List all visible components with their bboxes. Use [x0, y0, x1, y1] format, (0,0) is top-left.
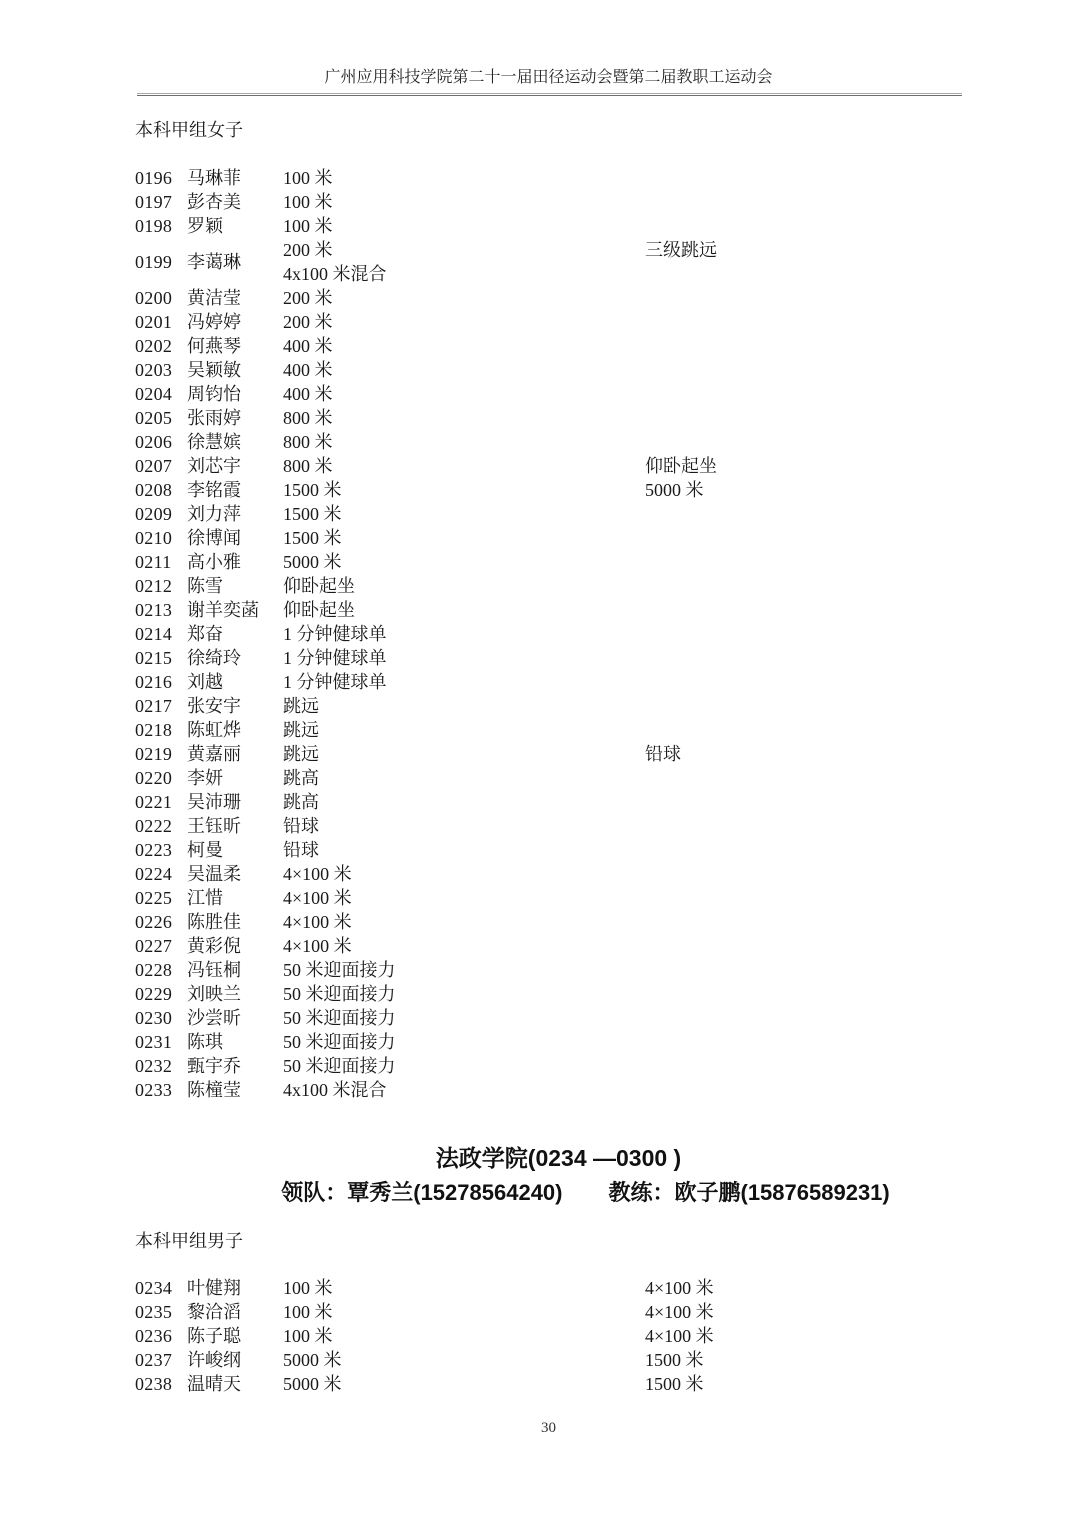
entry-number: 0232: [135, 1054, 187, 1078]
entry-number: 0214: [135, 622, 187, 646]
event-list: 1500 米: [283, 502, 645, 526]
event-list: 400 米: [283, 334, 645, 358]
athlete-name: 何燕琴: [187, 334, 283, 358]
event-name: 1500 米: [283, 502, 645, 526]
group-label-men: 本科甲组男子: [135, 1229, 243, 1253]
athlete-name: 周钧怡: [187, 382, 283, 406]
athlete-name: 李铭霞: [187, 478, 283, 502]
entry-number: 0218: [135, 718, 187, 742]
entry-number: 0204: [135, 382, 187, 406]
athlete-name: 李妍: [187, 766, 283, 790]
event-name: 400 米: [283, 334, 645, 358]
event-list: 100 米: [283, 1324, 645, 1348]
event-list: 1 分钟健球单: [283, 646, 645, 670]
event-list: 1 分钟健球单: [283, 670, 645, 694]
entry-number: 0219: [135, 742, 187, 766]
event-list: 100 米: [283, 214, 645, 238]
athlete-name: 李蔼琳: [187, 250, 283, 274]
event-list: 5000 米: [283, 1372, 645, 1396]
entry-number: 0201: [135, 310, 187, 334]
event-name: 4×100 米: [283, 934, 645, 958]
athlete-name: 张安宇: [187, 694, 283, 718]
coach-text: 教练：欧子鹏(15876589231): [609, 1180, 890, 1205]
event-list: 4×100 米: [283, 886, 645, 910]
athlete-name: 温晴天: [187, 1372, 283, 1396]
athlete-name: 陈橦莹: [187, 1078, 283, 1102]
event-name: 跳远: [283, 718, 645, 742]
event-list: 800 米: [283, 406, 645, 430]
roster-row: 0196马琳菲100 米: [135, 166, 1015, 190]
secondary-event: 4×100 米: [645, 1300, 1015, 1324]
entry-number: 0208: [135, 478, 187, 502]
event-list: 200 米: [283, 310, 645, 334]
athlete-name: 陈虹烨: [187, 718, 283, 742]
event-list: 800 米: [283, 430, 645, 454]
athlete-name: 冯钰桐: [187, 958, 283, 982]
athlete-name: 马琳菲: [187, 166, 283, 190]
event-name: 跳远: [283, 742, 645, 766]
event-name: 4x100 米混合: [283, 262, 645, 286]
athlete-name: 吴颖敏: [187, 358, 283, 382]
roster-row: 0218陈虹烨跳远: [135, 718, 1015, 742]
secondary-event: 铅球: [645, 742, 1015, 766]
event-list: 跳高: [283, 790, 645, 814]
entry-number: 0207: [135, 454, 187, 478]
entry-number: 0203: [135, 358, 187, 382]
entry-number: 0226: [135, 910, 187, 934]
entry-number: 0206: [135, 430, 187, 454]
athlete-name: 黎洽滔: [187, 1300, 283, 1324]
athlete-name: 陈胜佳: [187, 910, 283, 934]
roster-row: 0225江惜4×100 米: [135, 886, 1015, 910]
entry-number: 0234: [135, 1276, 187, 1300]
athlete-name: 吴沛珊: [187, 790, 283, 814]
event-list: 4x100 米混合: [283, 1078, 645, 1102]
event-list: 4×100 米: [283, 934, 645, 958]
entry-number: 0220: [135, 766, 187, 790]
event-list: 铅球: [283, 838, 645, 862]
event-name: 200 米: [283, 238, 645, 262]
event-list: 仰卧起坐: [283, 574, 645, 598]
secondary-event: 4×100 米: [645, 1276, 1015, 1300]
event-list: 4×100 米: [283, 910, 645, 934]
entry-number: 0197: [135, 190, 187, 214]
entry-number: 0216: [135, 670, 187, 694]
college-staff-line: 领队：覃秀兰(15278564240)教练：欧子鹏(15876589231): [172, 1179, 999, 1207]
event-list: 800 米: [283, 454, 645, 478]
entry-number: 0217: [135, 694, 187, 718]
athlete-name: 许峻纲: [187, 1348, 283, 1372]
roster-row: 0204周钧怡400 米: [135, 382, 1015, 406]
entry-number: 0235: [135, 1300, 187, 1324]
event-name: 1 分钟健球单: [283, 622, 645, 646]
entry-number: 0198: [135, 214, 187, 238]
event-name: 1500 米: [283, 478, 645, 502]
entry-number: 0221: [135, 790, 187, 814]
roster-row: 0222王钰昕铅球: [135, 814, 1015, 838]
event-name: 50 米迎面接力: [283, 1054, 645, 1078]
event-list: 50 米迎面接力: [283, 1030, 645, 1054]
roster-row: 0207刘芯宇800 米仰卧起坐: [135, 454, 1015, 478]
entry-number: 0202: [135, 334, 187, 358]
entry-number: 0230: [135, 1006, 187, 1030]
roster-row: 0228冯钰桐50 米迎面接力: [135, 958, 1015, 982]
event-name: 800 米: [283, 454, 645, 478]
roster-row: 0224吴温柔4×100 米: [135, 862, 1015, 886]
roster-row: 0211高小雅5000 米: [135, 550, 1015, 574]
athlete-name: 黄彩倪: [187, 934, 283, 958]
roster-row: 0209刘力萍1500 米: [135, 502, 1015, 526]
athlete-name: 张雨婷: [187, 406, 283, 430]
athlete-name: 柯曼: [187, 838, 283, 862]
roster-row: 0205张雨婷800 米: [135, 406, 1015, 430]
athlete-name: 刘芯宇: [187, 454, 283, 478]
event-name: 100 米: [283, 1276, 645, 1300]
men-roster: 0234叶健翔100 米4×100 米0235黎洽滔100 米4×100 米02…: [135, 1276, 1015, 1396]
roster-row: 0214郑奋1 分钟健球单: [135, 622, 1015, 646]
event-name: 4×100 米: [283, 862, 645, 886]
athlete-name: 王钰昕: [187, 814, 283, 838]
entry-number: 0238: [135, 1372, 187, 1396]
roster-row: 0212陈雪仰卧起坐: [135, 574, 1015, 598]
event-name: 50 米迎面接力: [283, 1006, 645, 1030]
secondary-event: 1500 米: [645, 1372, 1015, 1396]
event-list: 1500 米: [283, 526, 645, 550]
event-name: 100 米: [283, 1300, 645, 1324]
athlete-name: 郑奋: [187, 622, 283, 646]
entry-number: 0196: [135, 166, 187, 190]
page-header-title: 广州应用科技学院第二十一届田径运动会暨第二届教职工运动会: [135, 68, 962, 87]
roster-row: 0210徐博闻1500 米: [135, 526, 1015, 550]
event-name: 仰卧起坐: [283, 574, 645, 598]
event-name: 800 米: [283, 430, 645, 454]
entry-number: 0210: [135, 526, 187, 550]
event-list: 5000 米: [283, 550, 645, 574]
event-list: 200 米4x100 米混合: [283, 238, 645, 286]
page-number: 30: [135, 1419, 962, 1437]
event-list: 400 米: [283, 358, 645, 382]
entry-number: 0199: [135, 250, 187, 274]
roster-row: 0235黎洽滔100 米4×100 米: [135, 1300, 1015, 1324]
event-name: 200 米: [283, 310, 645, 334]
entry-number: 0229: [135, 982, 187, 1006]
event-list: 5000 米: [283, 1348, 645, 1372]
event-name: 50 米迎面接力: [283, 1030, 645, 1054]
event-name: 400 米: [283, 382, 645, 406]
entry-number: 0225: [135, 886, 187, 910]
event-list: 50 米迎面接力: [283, 1006, 645, 1030]
athlete-name: 黄洁莹: [187, 286, 283, 310]
roster-row: 0198罗颖100 米: [135, 214, 1015, 238]
event-list: 1 分钟健球单: [283, 622, 645, 646]
event-list: 400 米: [283, 382, 645, 406]
roster-row: 0238温晴天5000 米1500 米: [135, 1372, 1015, 1396]
roster-row: 0208李铭霞1500 米5000 米: [135, 478, 1015, 502]
college-heading: 法政学院(0234 —0300 ): [145, 1143, 972, 1173]
event-name: 200 米: [283, 286, 645, 310]
event-name: 100 米: [283, 190, 645, 214]
document-page: 广州应用科技学院第二十一届田径运动会暨第二届教职工运动会 本科甲组女子 0196…: [0, 0, 1080, 1515]
event-name: 1 分钟健球单: [283, 670, 645, 694]
event-name: 100 米: [283, 214, 645, 238]
roster-row: 0230沙尝昕50 米迎面接力: [135, 1006, 1015, 1030]
roster-row: 0220李妍跳高: [135, 766, 1015, 790]
athlete-name: 彭杏美: [187, 190, 283, 214]
secondary-event: 三级跳远: [645, 238, 1015, 262]
secondary-event: 1500 米: [645, 1348, 1015, 1372]
secondary-event: 仰卧起坐: [645, 454, 1015, 478]
athlete-name: 吴温柔: [187, 862, 283, 886]
entry-number: 0236: [135, 1324, 187, 1348]
athlete-name: 谢羊奕菡: [187, 598, 283, 622]
women-roster: 0196马琳菲100 米0197彭杏美100 米0198罗颖100 米0199李…: [135, 166, 1015, 1102]
athlete-name: 叶健翔: [187, 1276, 283, 1300]
event-list: 100 米: [283, 166, 645, 190]
event-name: 4x100 米混合: [283, 1078, 645, 1102]
event-name: 跳远: [283, 694, 645, 718]
athlete-name: 罗颖: [187, 214, 283, 238]
roster-row: 0226陈胜佳4×100 米: [135, 910, 1015, 934]
roster-row: 0200黄洁莹200 米: [135, 286, 1015, 310]
roster-row: 0203吴颖敏400 米: [135, 358, 1015, 382]
roster-row: 0201冯婷婷200 米: [135, 310, 1015, 334]
athlete-name: 沙尝昕: [187, 1006, 283, 1030]
event-name: 5000 米: [283, 1372, 645, 1396]
entry-number: 0213: [135, 598, 187, 622]
athlete-name: 高小雅: [187, 550, 283, 574]
roster-row: 0221吴沛珊跳高: [135, 790, 1015, 814]
event-name: 50 米迎面接力: [283, 958, 645, 982]
roster-row: 0229刘映兰50 米迎面接力: [135, 982, 1015, 1006]
event-name: 100 米: [283, 166, 645, 190]
event-list: 50 米迎面接力: [283, 958, 645, 982]
entry-number: 0223: [135, 838, 187, 862]
event-list: 跳远: [283, 742, 645, 766]
roster-row: 0231陈琪50 米迎面接力: [135, 1030, 1015, 1054]
athlete-name: 江惜: [187, 886, 283, 910]
athlete-name: 刘映兰: [187, 982, 283, 1006]
roster-row: 0237许峻纲5000 米1500 米: [135, 1348, 1015, 1372]
event-name: 50 米迎面接力: [283, 982, 645, 1006]
entry-number: 0205: [135, 406, 187, 430]
event-name: 100 米: [283, 1324, 645, 1348]
event-name: 铅球: [283, 814, 645, 838]
event-list: 50 米迎面接力: [283, 1054, 645, 1078]
athlete-name: 刘越: [187, 670, 283, 694]
event-name: 5000 米: [283, 550, 645, 574]
event-list: 100 米: [283, 1276, 645, 1300]
header-divider-line: [137, 93, 962, 96]
event-name: 400 米: [283, 358, 645, 382]
athlete-name: 陈雪: [187, 574, 283, 598]
athlete-name: 陈子聪: [187, 1324, 283, 1348]
secondary-event: 4×100 米: [645, 1324, 1015, 1348]
roster-row: 0199李蔼琳200 米4x100 米混合三级跳远: [135, 238, 1015, 286]
event-name: 4×100 米: [283, 886, 645, 910]
event-name: 1500 米: [283, 526, 645, 550]
athlete-name: 徐慧嫔: [187, 430, 283, 454]
athlete-name: 陈琪: [187, 1030, 283, 1054]
event-list: 1500 米: [283, 478, 645, 502]
event-list: 仰卧起坐: [283, 598, 645, 622]
secondary-event: 5000 米: [645, 478, 1015, 502]
event-name: 铅球: [283, 838, 645, 862]
athlete-name: 甄宇乔: [187, 1054, 283, 1078]
roster-row: 0206徐慧嫔800 米: [135, 430, 1015, 454]
event-list: 200 米: [283, 286, 645, 310]
entry-number: 0227: [135, 934, 187, 958]
roster-row: 0216刘越1 分钟健球单: [135, 670, 1015, 694]
event-name: 5000 米: [283, 1348, 645, 1372]
entry-number: 0209: [135, 502, 187, 526]
event-list: 跳远: [283, 718, 645, 742]
group-label-women: 本科甲组女子: [135, 118, 243, 142]
roster-row: 0219黄嘉丽跳远铅球: [135, 742, 1015, 766]
athlete-name: 黄嘉丽: [187, 742, 283, 766]
event-list: 50 米迎面接力: [283, 982, 645, 1006]
event-name: 仰卧起坐: [283, 598, 645, 622]
event-list: 跳高: [283, 766, 645, 790]
event-list: 100 米: [283, 190, 645, 214]
roster-row: 0232甄宇乔50 米迎面接力: [135, 1054, 1015, 1078]
entry-number: 0200: [135, 286, 187, 310]
roster-row: 0236陈子聪100 米4×100 米: [135, 1324, 1015, 1348]
entry-number: 0237: [135, 1348, 187, 1372]
roster-row: 0202何燕琴400 米: [135, 334, 1015, 358]
event-list: 100 米: [283, 1300, 645, 1324]
roster-row: 0197彭杏美100 米: [135, 190, 1015, 214]
event-name: 4×100 米: [283, 910, 645, 934]
entry-number: 0212: [135, 574, 187, 598]
entry-number: 0215: [135, 646, 187, 670]
roster-row: 0233陈橦莹4x100 米混合: [135, 1078, 1015, 1102]
athlete-name: 徐绮玲: [187, 646, 283, 670]
event-list: 跳远: [283, 694, 645, 718]
roster-row: 0227黄彩倪4×100 米: [135, 934, 1015, 958]
event-list: 4×100 米: [283, 862, 645, 886]
roster-row: 0215徐绮玲1 分钟健球单: [135, 646, 1015, 670]
event-list: 铅球: [283, 814, 645, 838]
entry-number: 0224: [135, 862, 187, 886]
roster-row: 0223柯曼铅球: [135, 838, 1015, 862]
entry-number: 0222: [135, 814, 187, 838]
roster-row: 0213谢羊奕菡仰卧起坐: [135, 598, 1015, 622]
event-name: 跳高: [283, 766, 645, 790]
entry-number: 0211: [135, 550, 187, 574]
entry-number: 0228: [135, 958, 187, 982]
leader-text: 领队：覃秀兰(15278564240): [281, 1180, 562, 1205]
event-name: 跳高: [283, 790, 645, 814]
entry-number: 0233: [135, 1078, 187, 1102]
roster-row: 0234叶健翔100 米4×100 米: [135, 1276, 1015, 1300]
entry-number: 0231: [135, 1030, 187, 1054]
athlete-name: 冯婷婷: [187, 310, 283, 334]
athlete-name: 徐博闻: [187, 526, 283, 550]
event-name: 1 分钟健球单: [283, 646, 645, 670]
athlete-name: 刘力萍: [187, 502, 283, 526]
roster-row: 0217张安宇跳远: [135, 694, 1015, 718]
event-name: 800 米: [283, 406, 645, 430]
